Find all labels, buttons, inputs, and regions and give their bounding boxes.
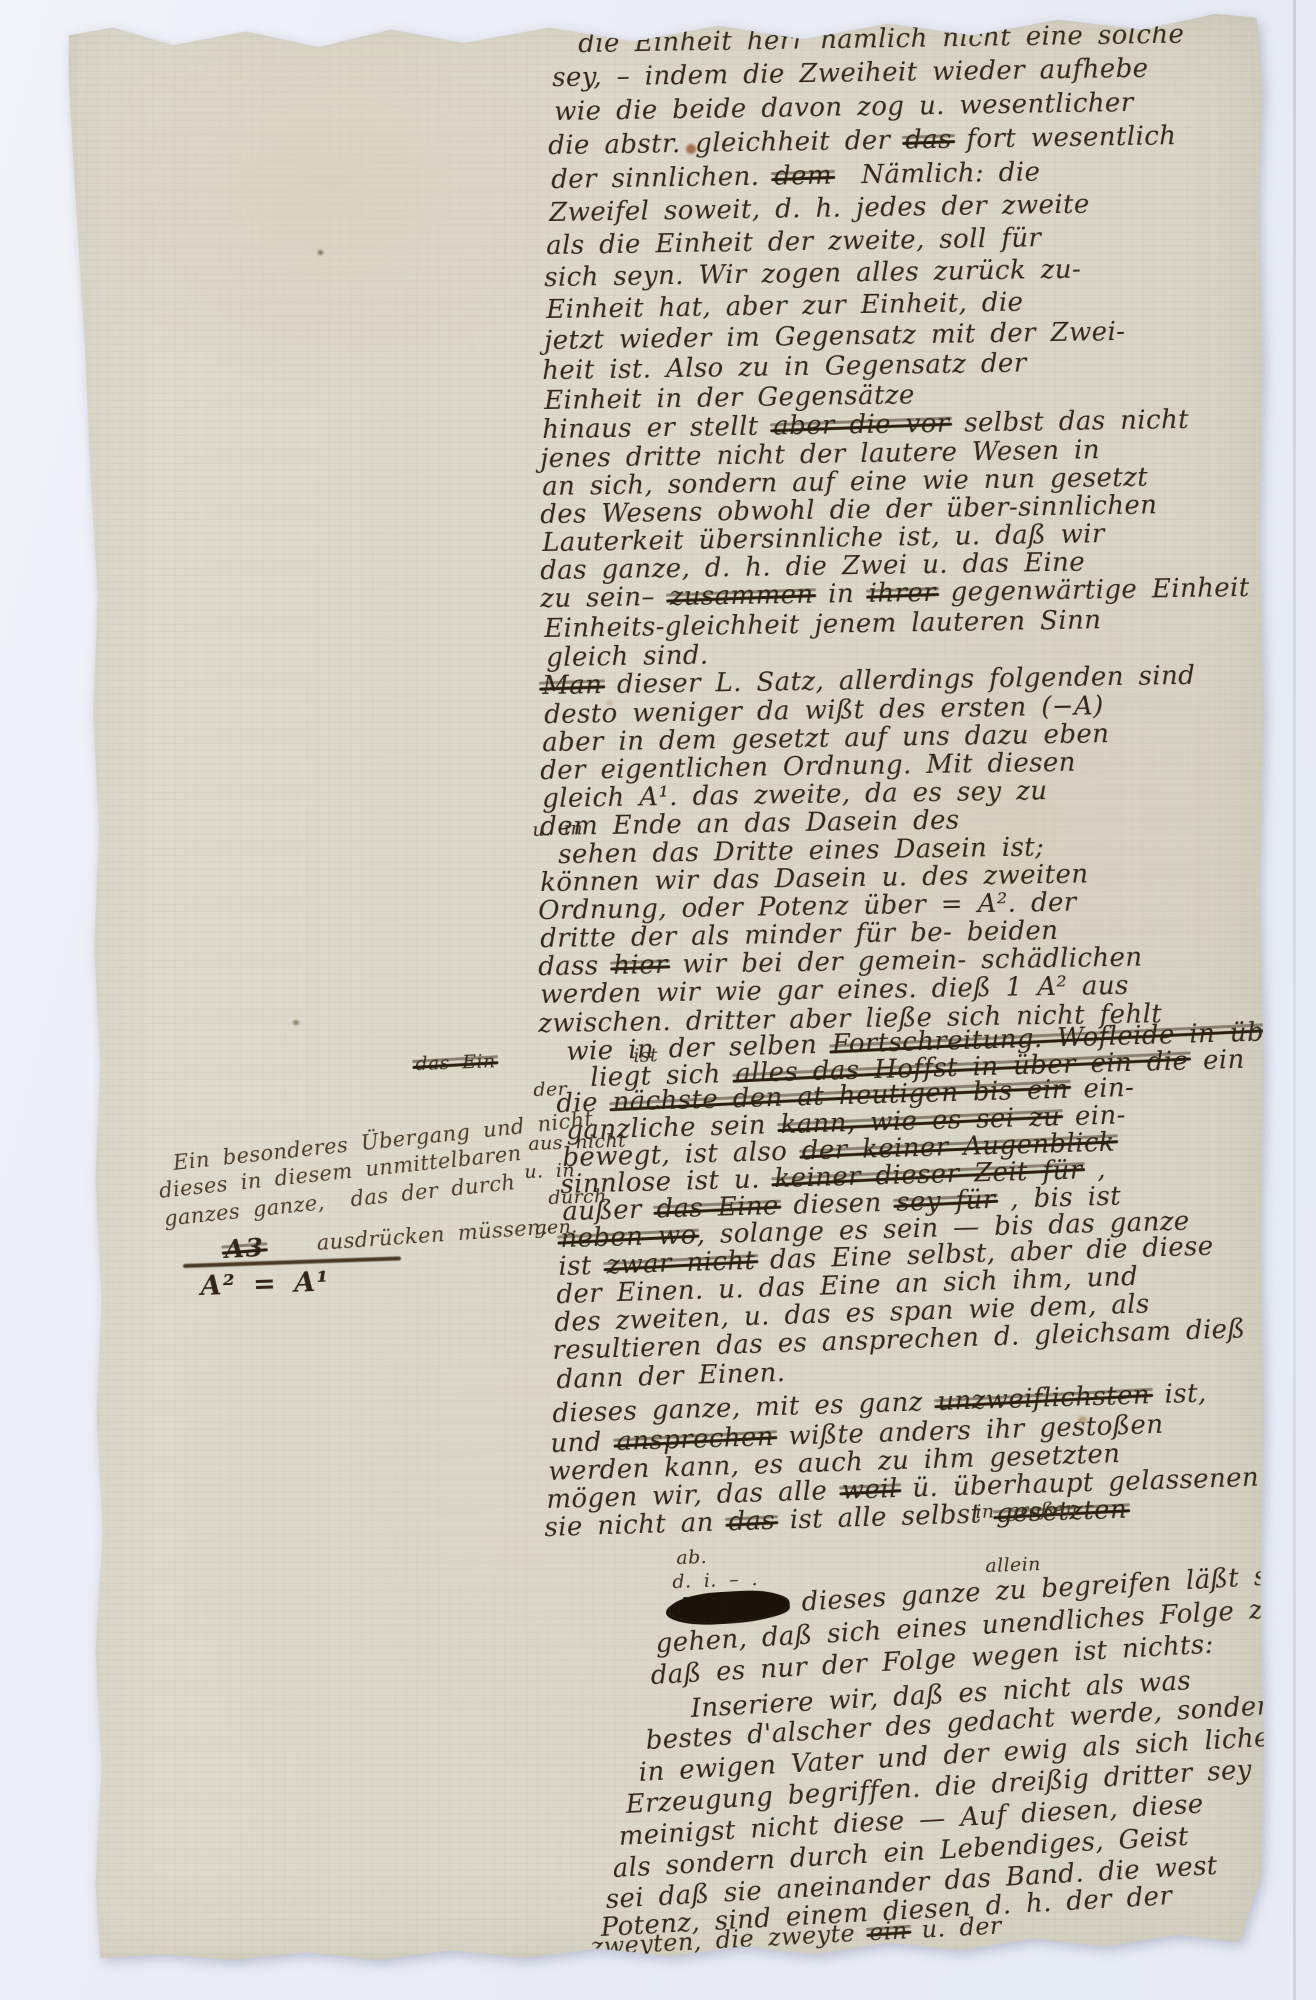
annotation-word: allein — [985, 1554, 1041, 1577]
annotation-word: ist — [633, 1045, 658, 1067]
handwriting-word: ist — [558, 1250, 607, 1281]
annotation-word: in großen — [975, 1498, 1078, 1522]
handwriting-line: der sinnlichen. dem Nämlich: die — [551, 158, 1040, 194]
handwriting-line: sey, – indem die Zweiheit wieder aufhebe — [552, 55, 1149, 93]
handwriting-word: sie nicht an — [544, 1507, 729, 1543]
struck-word: hier — [613, 950, 668, 981]
handwriting-word: fort wesentlich — [952, 121, 1177, 155]
handwriting-word: dass — [538, 951, 614, 982]
annotation-word: ab. — [676, 1547, 707, 1569]
handwriting-line: Zweifel soweit, d. h. jedes der zweite — [549, 191, 1090, 228]
manuscript-scan: { "document_kind": "handwritten-manuscri… — [0, 0, 1316, 2000]
annotation-word: durch — [548, 1186, 607, 1209]
manuscript-page-wrap: die Einheit herr nämlich nicht eine solc… — [64, 10, 1276, 1962]
struck-word: das — [728, 1506, 776, 1537]
handwriting-line: dann der Einen. — [556, 1359, 786, 1395]
handwriting-word: , — [1082, 1155, 1106, 1186]
handwriting-word: die abstr. gleichheit der — [548, 125, 905, 161]
handwriting-word: der sinnlichen. — [551, 161, 774, 194]
struck-word: ein — [868, 1916, 908, 1946]
handwriting-word: ein — [1188, 1045, 1245, 1077]
struck-word: aber die vor — [773, 409, 950, 442]
manuscript-paper: die Einheit herr nämlich nicht eine solc… — [64, 10, 1276, 1962]
margin-note-line: ausdrücken müssen. — [316, 1216, 549, 1255]
handwriting-line: die abstr. gleichheit der das fort wesen… — [548, 122, 1177, 160]
ink-blot: das alle — [668, 1588, 788, 1625]
struck-word: das Ein — [415, 1050, 496, 1075]
struck-word: A3 — [224, 1233, 265, 1264]
struck-word: dem — [774, 161, 832, 192]
ink-stain — [606, 700, 613, 706]
scan-crease — [1293, 0, 1296, 2000]
annotation-word: u. in — [524, 1160, 575, 1183]
handwriting-line: als die Einheit der zweite, soll für — [546, 224, 1041, 260]
ink-stain — [293, 1020, 299, 1025]
ink-stain — [686, 144, 696, 154]
handwriting-layer: die Einheit herr nämlich nicht eine solc… — [64, 10, 1276, 1962]
handwriting-word: gegenwärtige Einheit d. — [936, 572, 1290, 608]
handwriting-line: heit ist. Also zu in Gegensatz der — [542, 349, 1027, 385]
handwriting-word: Nämlich: die — [832, 157, 1041, 190]
annotation-word: der — [533, 1079, 567, 1101]
handwriting-word: ist, — [1149, 1378, 1207, 1410]
handwriting-word: u. der — [907, 1911, 1003, 1944]
ink-stain — [1078, 1416, 1087, 1423]
struck-word: Man — [542, 670, 603, 701]
struck-word: ihrer — [868, 578, 936, 609]
formula-line: A3 — [224, 1234, 265, 1264]
annotation-word: u. in — [532, 818, 583, 841]
struck-word: zusammen — [669, 580, 813, 612]
handwriting-word: zu sein– — [540, 582, 670, 614]
struck-word: das — [905, 125, 952, 156]
ink-stain — [318, 250, 323, 255]
formula-line: A² = A¹ — [200, 1267, 330, 1301]
handwriting-line: Einheits-gleichheit jenem lauteren Sinn — [544, 606, 1102, 643]
handwriting-word: in — [813, 579, 869, 610]
annotation-word: das Ein — [415, 1051, 496, 1075]
handwriting-word: selbst das nicht — [949, 405, 1189, 439]
handwriting-line: wie die beide davon zog u. wesentlicher — [554, 89, 1134, 127]
fraction-rule — [183, 1256, 401, 1268]
struck-word: weil — [841, 1474, 898, 1506]
handwriting-word: ist alle selbst — [775, 1499, 997, 1536]
annotation-word: d. i. – . — [672, 1569, 758, 1593]
handwriting-line: die Einheit herr nämlich nicht eine solc… — [578, 20, 1185, 58]
